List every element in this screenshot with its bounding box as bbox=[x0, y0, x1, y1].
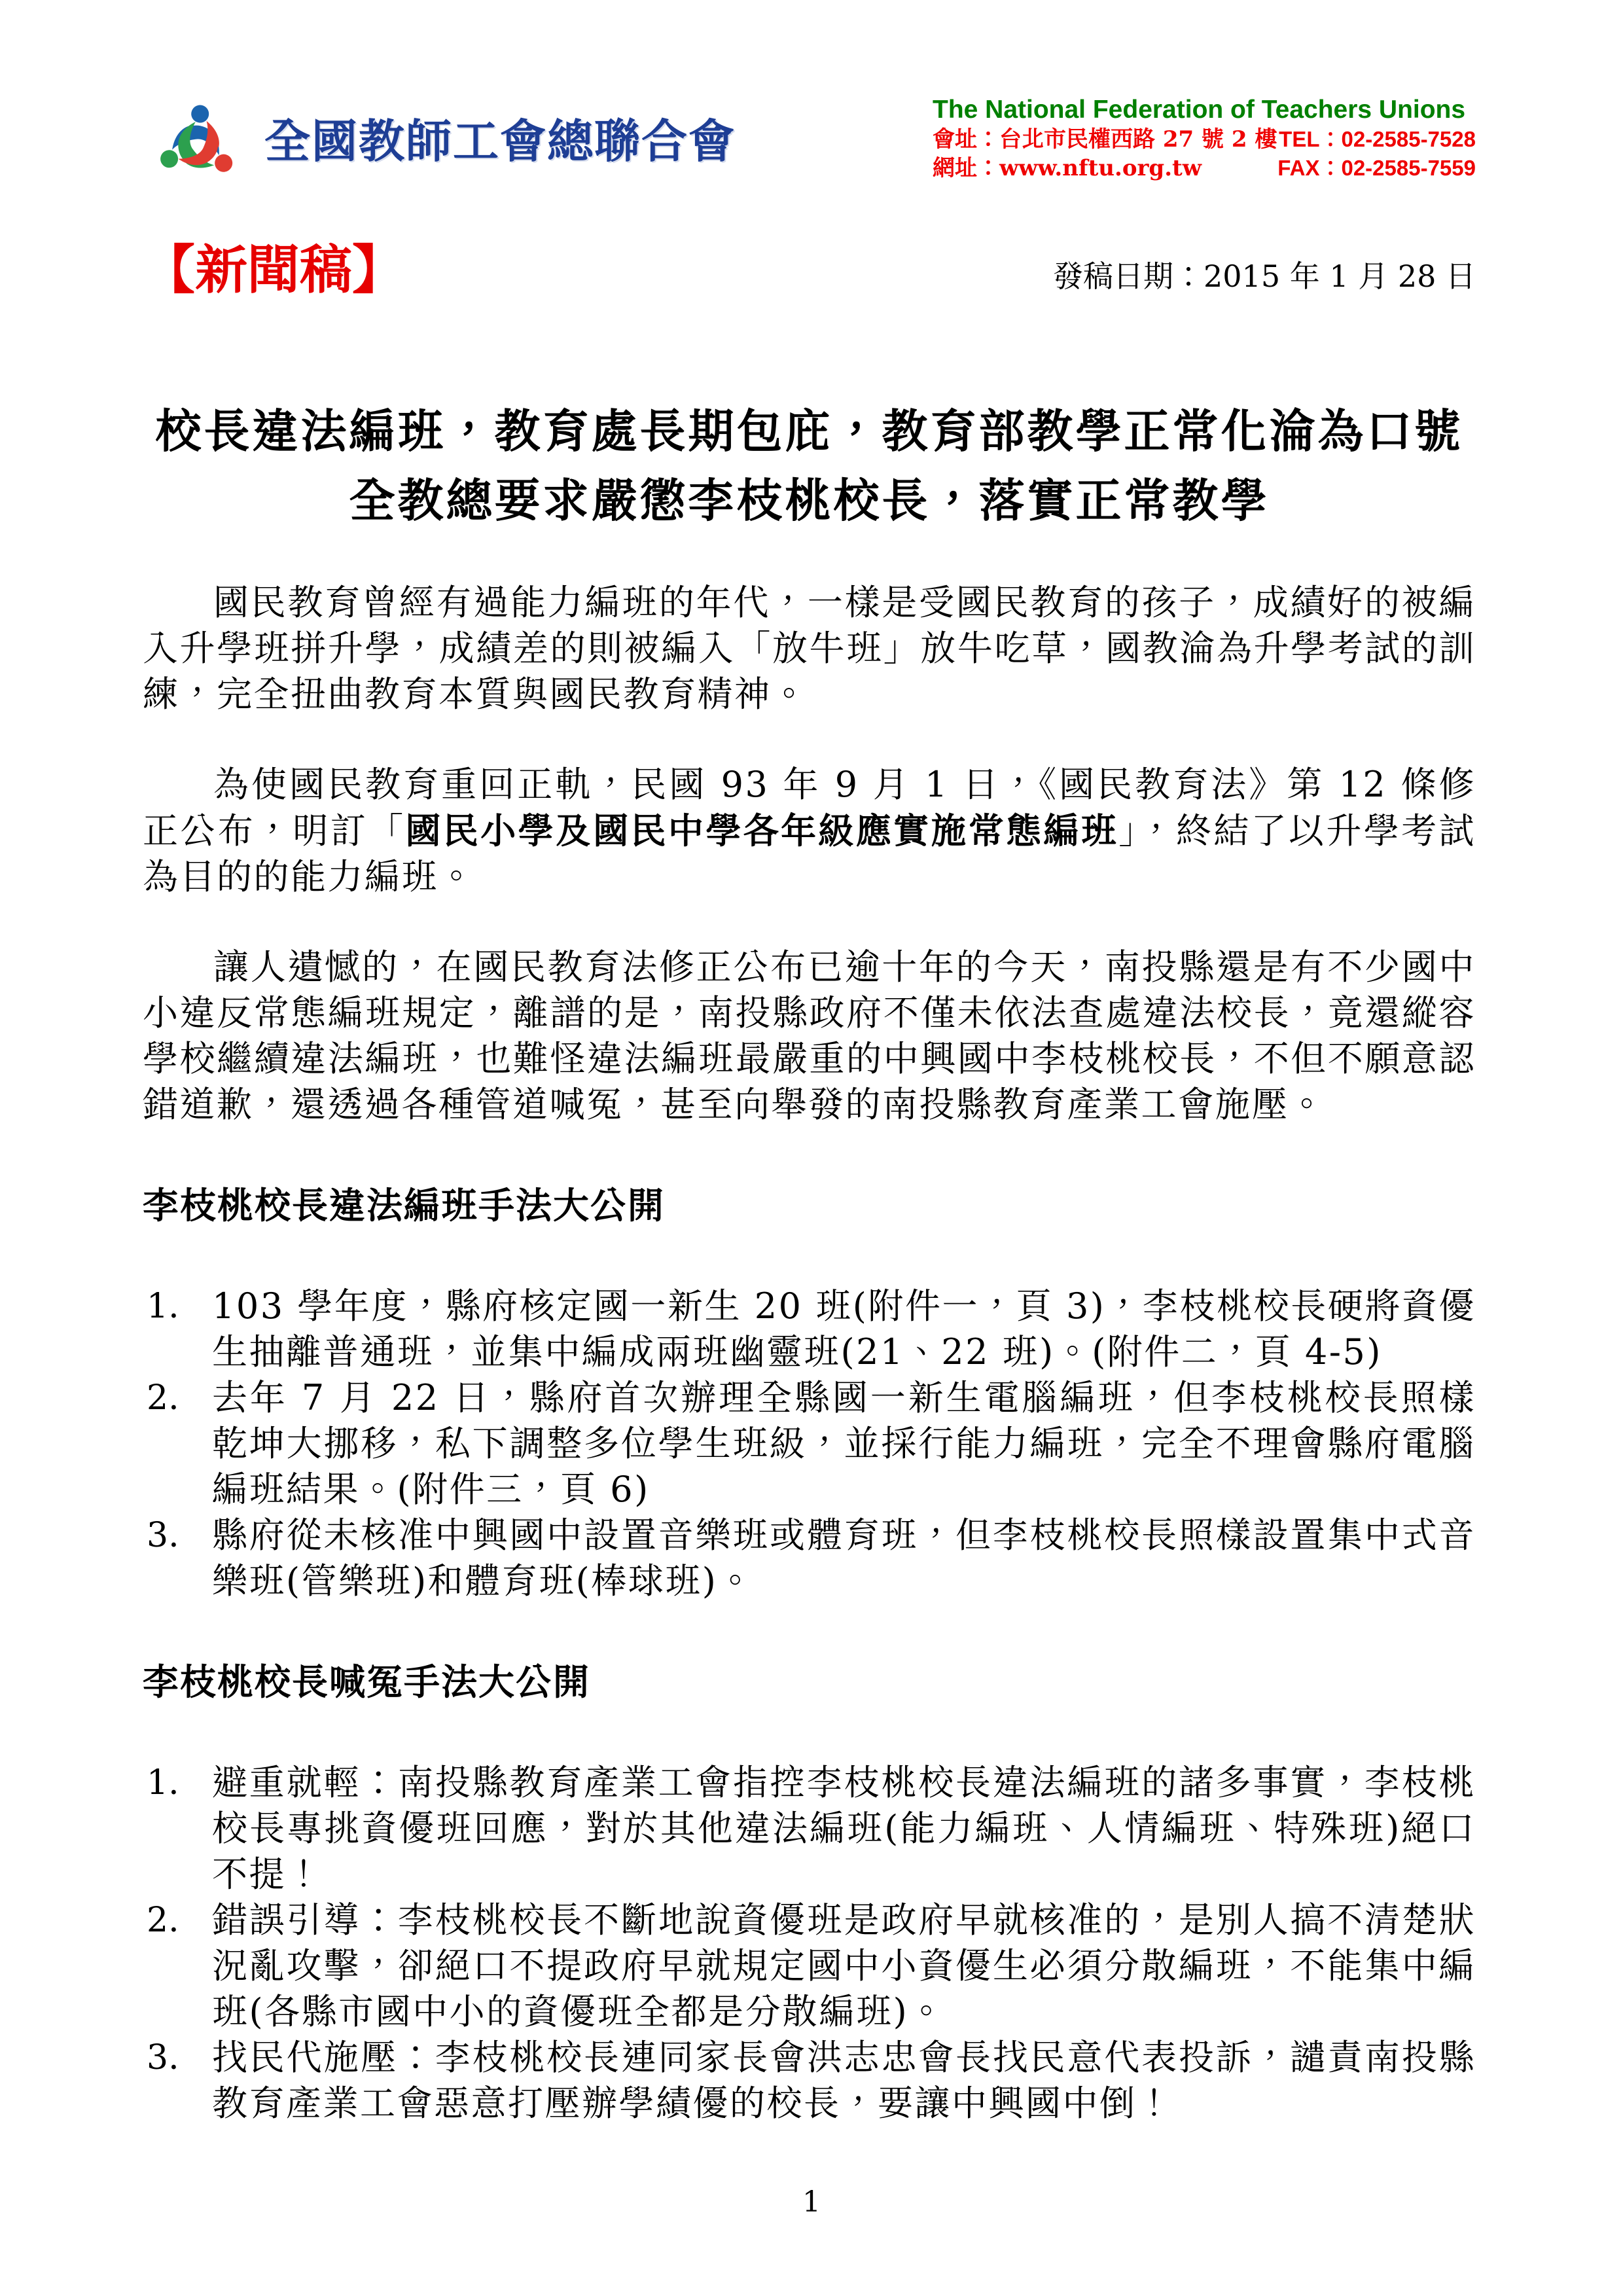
list-item-text: 縣府從未核准中興國中設置音樂班或體育班，但李枝桃校長照樣設置集中式音樂班(管樂班… bbox=[212, 1513, 1476, 1604]
list-item-number: 3. bbox=[143, 2035, 212, 2081]
section-1-list: 1. 103 學年度，縣府核定國一新生 20 班(附件一，頁 3)，李枝桃校長硬… bbox=[143, 1283, 1476, 1604]
list-item-number: 1. bbox=[143, 1283, 212, 1329]
org-address: 會址：台北市民權西路 27 號 2 樓 bbox=[933, 126, 1277, 153]
contact-row-1: 會址：台北市民權西路 27 號 2 樓 TEL：02-2585-7528 bbox=[933, 126, 1476, 153]
list-item-text: 去年 7 月 22 日，縣府首次辦理全縣國一新生電腦編班，但李枝桃校長照樣乾坤大… bbox=[212, 1375, 1476, 1513]
list-item-text: 避重就輕：南投縣教育產業工會指控李枝桃校長違法編班的諸多事實，李枝桃校長專挑資優… bbox=[212, 1760, 1476, 1897]
list-item-number: 3. bbox=[143, 1513, 212, 1558]
org-website: 網址：www.nftu.org.tw bbox=[933, 154, 1202, 182]
section-1-heading: 李枝桃校長違法編班手法大公開 bbox=[143, 1183, 1476, 1229]
list-item: 2. 去年 7 月 22 日，縣府首次辦理全縣國一新生電腦編班，但李枝桃校長照樣… bbox=[143, 1375, 1476, 1513]
release-date: 發稿日期：2015 年 1 月 28 日 bbox=[1053, 258, 1476, 295]
list-item-number: 2. bbox=[143, 1375, 212, 1421]
nftu-logo-icon bbox=[143, 90, 253, 192]
paragraph-1: 國民教育曾經有過能力編班的年代，一樣是受國民教育的孩子，成績好的被編入升學班拼升… bbox=[143, 580, 1476, 717]
paragraph-2: 為使國民教育重回正軌，民國 93 年 9 月 1 日，《國民教育法》第 12 條… bbox=[143, 762, 1476, 900]
press-meta-row: 【新聞稿】 發稿日期：2015 年 1 月 28 日 bbox=[143, 238, 1476, 301]
list-item: 3. 找民代施壓：李枝桃校長連同家長會洪志忠會長找民意代表投訴，譴責南投縣教育產… bbox=[143, 2035, 1476, 2126]
list-item: 1. 103 學年度，縣府核定國一新生 20 班(附件一，頁 3)，李枝桃校長硬… bbox=[143, 1283, 1476, 1375]
org-name-en: The National Federation of Teachers Unio… bbox=[933, 96, 1476, 124]
list-item: 2. 錯誤引導：李枝桃校長不斷地說資優班是政府早就核准的，是別人搞不清楚狀況亂攻… bbox=[143, 1897, 1476, 2035]
paragraph-2-bold-clause: 國民小學及國民中學各年級應實施常態編班 bbox=[406, 810, 1119, 852]
org-name-zh: 全國教師工會總聯合會 bbox=[264, 90, 736, 192]
org-tel: TEL：02-2585-7528 bbox=[1279, 126, 1476, 153]
letterhead: 全國教師工會總聯合會 The National Federation of Te… bbox=[143, 90, 1476, 195]
list-item: 3. 縣府從未核准中興國中設置音樂班或體育班，但李枝桃校長照樣設置集中式音樂班(… bbox=[143, 1513, 1476, 1604]
list-item-text: 103 學年度，縣府核定國一新生 20 班(附件一，頁 3)，李枝桃校長硬將資優… bbox=[212, 1283, 1476, 1375]
list-item-number: 2. bbox=[143, 1897, 212, 1943]
title-line-1: 校長違法編班，教育處長期包庇，教育部教學正常化淪為口號 bbox=[143, 397, 1476, 466]
section-2-list: 1. 避重就輕：南投縣教育產業工會指控李枝桃校長違法編班的諸多事實，李枝桃校長專… bbox=[143, 1760, 1476, 2126]
press-release-page: 全國教師工會總聯合會 The National Federation of Te… bbox=[0, 0, 1623, 2296]
org-contact-block: The National Federation of Teachers Unio… bbox=[933, 90, 1476, 182]
section-2-heading: 李枝桃校長喊冤手法大公開 bbox=[143, 1659, 1476, 1705]
title-line-2: 全教總要求嚴懲李枝桃校長，落實正常教學 bbox=[143, 466, 1476, 535]
list-item-number: 1. bbox=[143, 1760, 212, 1806]
list-item-text: 錯誤引導：李枝桃校長不斷地說資優班是政府早就核准的，是別人搞不清楚狀況亂攻擊，卻… bbox=[212, 1897, 1476, 2035]
document-title: 校長違法編班，教育處長期包庇，教育部教學正常化淪為口號 全教總要求嚴懲李枝桃校長… bbox=[143, 397, 1476, 535]
page-number: 1 bbox=[0, 2185, 1623, 2219]
contact-row-2: 網址：www.nftu.org.tw FAX：02-2585-7559 bbox=[933, 154, 1476, 182]
press-release-tag: 【新聞稿】 bbox=[143, 238, 404, 301]
brand-block: 全國教師工會總聯合會 bbox=[143, 90, 736, 192]
list-item: 1. 避重就輕：南投縣教育產業工會指控李枝桃校長違法編班的諸多事實，李枝桃校長專… bbox=[143, 1760, 1476, 1897]
list-item-text: 找民代施壓：李枝桃校長連同家長會洪志忠會長找民意代表投訴，譴責南投縣教育產業工會… bbox=[212, 2035, 1476, 2126]
paragraph-3: 讓人遺憾的，在國民教育法修正公布已逾十年的今天，南投縣還是有不少國中小違反常態編… bbox=[143, 944, 1476, 1128]
org-fax: FAX：02-2585-7559 bbox=[1277, 154, 1476, 182]
